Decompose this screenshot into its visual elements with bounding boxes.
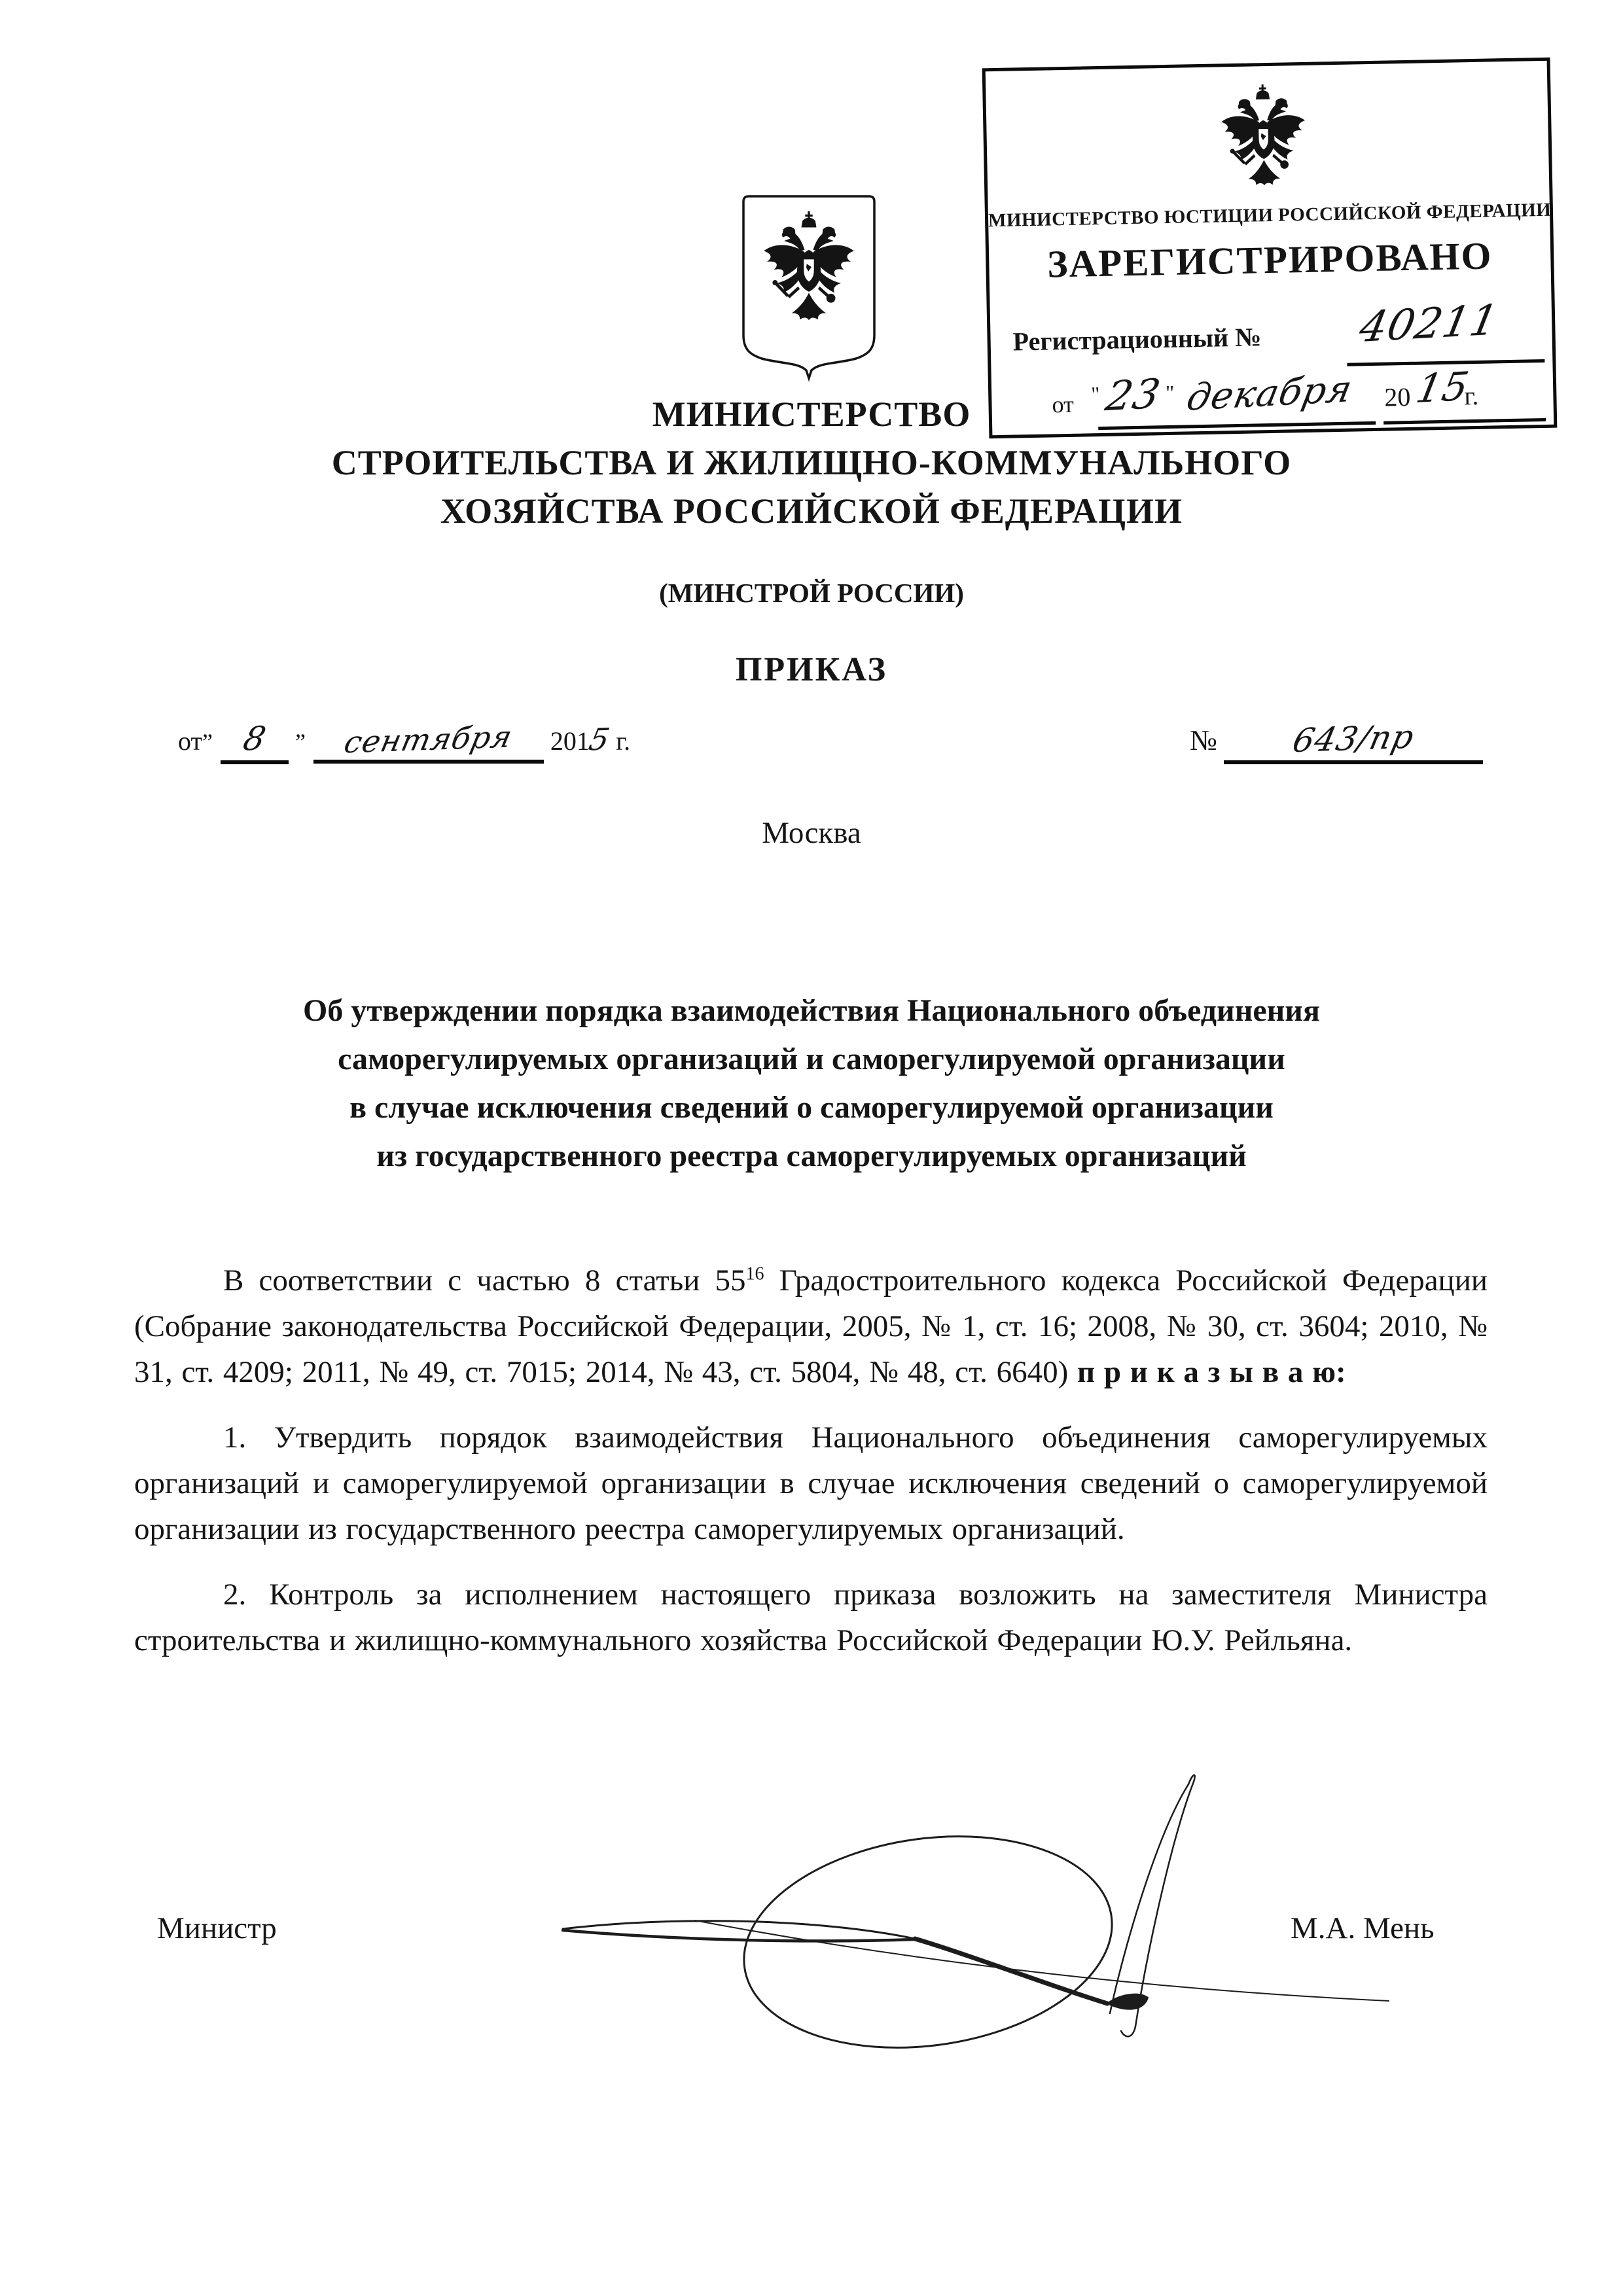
article-superscript: 16 (746, 1263, 764, 1284)
order-number-line: №643/пр (1190, 720, 1489, 764)
ministry-short-name: (МИНСТРОЙ РОССИИ) (0, 577, 1623, 609)
order-date-year-suffix: г. (616, 726, 630, 756)
order-date-month: сентября (341, 719, 516, 760)
ministry-name-line1: МИНИСТЕРСТВО (0, 390, 1623, 438)
order-verb: п р и к а з ы в а ю: (1077, 1355, 1346, 1389)
ministry-name: МИНИСТЕРСТВО СТРОИТЕЛЬСТВА И ЖИЛИЩНО-КОМ… (0, 390, 1623, 535)
stamp-reg-number-value: 40211 (1355, 296, 1503, 353)
document-type-title: ПРИКАЗ (0, 650, 1623, 689)
city-label: Москва (0, 815, 1623, 851)
order-date-month-slot: сентября (313, 722, 544, 764)
order-body: В соответствии с частью 8 статьи 5516 Гр… (134, 1258, 1488, 1683)
order-number-value: 643/пр (1289, 718, 1418, 760)
order-date-day-slot: 8 (221, 720, 289, 764)
russia-coat-of-arms-icon (736, 188, 882, 382)
order-date-quote-open: ” (202, 729, 214, 755)
order-date-quote-close: ” (295, 729, 307, 755)
order-number-slot: 643/пр (1224, 720, 1483, 764)
order-title-line1: Об утверждении порядка взаимодействия На… (0, 987, 1623, 1035)
justice-registration-stamp: МИНИСТЕРСТВО ЮСТИЦИИ РОССИЙСКОЙ ФЕДЕРАЦИ… (982, 58, 1558, 439)
preamble-paragraph: В соответствии с частью 8 статьи 5516 Гр… (134, 1258, 1488, 1395)
scanned-order-document: { "stamp": { "ministry_line": "МИНИСТЕРС… (0, 0, 1623, 2296)
order-title: Об утверждении порядка взаимодействия На… (0, 987, 1623, 1180)
order-title-line2: саморегулируемых организаций и саморегул… (0, 1035, 1623, 1084)
order-date-year-written: 5 (586, 721, 613, 757)
stamp-reg-number-label: Регистрационный № (1012, 321, 1262, 357)
preamble-text: В соответствии с частью 8 статьи 55 (223, 1263, 746, 1298)
stamp-eagle-icon (1213, 82, 1314, 202)
order-date-line: от”8”сентября2015 г. (178, 720, 630, 764)
order-item-1: 1. Утвердить порядок взаимодействия Наци… (134, 1415, 1488, 1552)
order-title-line3: в случае исключения сведений о саморегул… (0, 1084, 1623, 1132)
minister-position-label: Министр (157, 1911, 277, 1946)
order-date-prefix: от (178, 726, 202, 756)
stamp-ministry-line: МИНИСТЕРСТВО ЮСТИЦИИ РОССИЙСКОЙ ФЕДЕРАЦИ… (988, 200, 1550, 232)
order-date-day: 8 (240, 719, 270, 758)
stamp-registered-label: ЗАРЕГИСТРИРОВАНО (989, 232, 1551, 288)
order-title-line4: из государственного реестра саморегулиру… (0, 1132, 1623, 1180)
order-item-2: 2. Контроль за исполнением настоящего пр… (134, 1572, 1488, 1663)
ministry-name-line3: ХОЗЯЙСТВА РОССИЙСКОЙ ФЕДЕРАЦИИ (0, 487, 1623, 535)
ministry-name-line2: СТРОИТЕЛЬСТВА И ЖИЛИЩНО-КОММУНАЛЬНОГО (0, 438, 1623, 487)
minister-signature (537, 1731, 1446, 2071)
order-date-year-printed: 201 (550, 726, 590, 756)
order-number-label: № (1190, 724, 1217, 756)
